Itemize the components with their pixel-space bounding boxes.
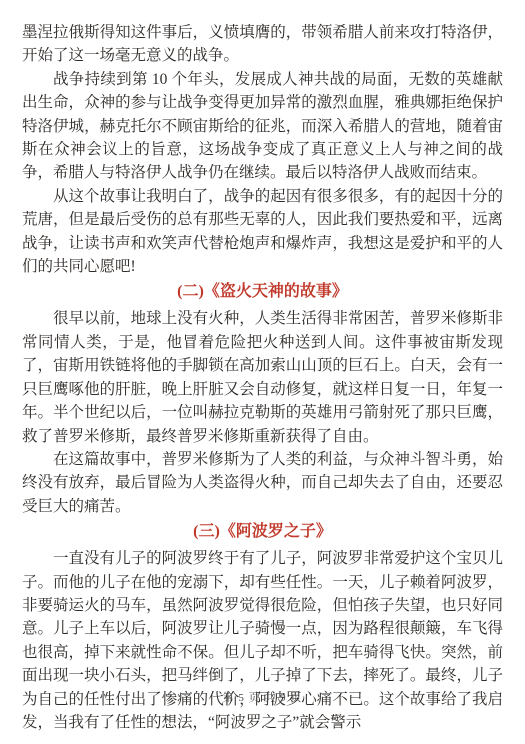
page-number-footer: 第 5 页 共 9 页 [0, 690, 525, 706]
section-heading-2: (二)《盗火天神的故事》 [22, 279, 503, 305]
section-heading-3: (三)《阿波罗之子》 [22, 519, 503, 545]
body-paragraph: 战争持续到第 10 个年头，发展成人神共战的局面，无数的英雄献出生命，众神的参与… [22, 68, 503, 185]
body-paragraph: 从这个故事让我明白了，战争的起因有很多很多，有的起因十分的荒唐，但是最后受伤的总… [22, 185, 503, 279]
body-paragraph: 很早以前，地球上没有火种，人类生活得非常困苦，普罗米修斯非常同情人类，于是，他冒… [22, 307, 503, 447]
body-paragraph-continuation: 墨涅拉俄斯得知这件事后，义愤填膺的，带领希腊人前来攻打特洛伊，开始了这一场毫无意… [22, 21, 503, 68]
document-page: 墨涅拉俄斯得知这件事后，义愤填膺的，带领希腊人前来攻打特洛伊，开始了这一场毫无意… [0, 0, 525, 744]
body-paragraph: 一直没有儿子的阿波罗终于有了儿子，阿波罗非常爱护这个宝贝儿子。而他的儿子在他的宠… [22, 547, 503, 734]
body-paragraph: 在这篇故事中，普罗米修斯为了人类的利益，与众神斗智斗勇，始终没有放弃，最后冒险为… [22, 448, 503, 518]
